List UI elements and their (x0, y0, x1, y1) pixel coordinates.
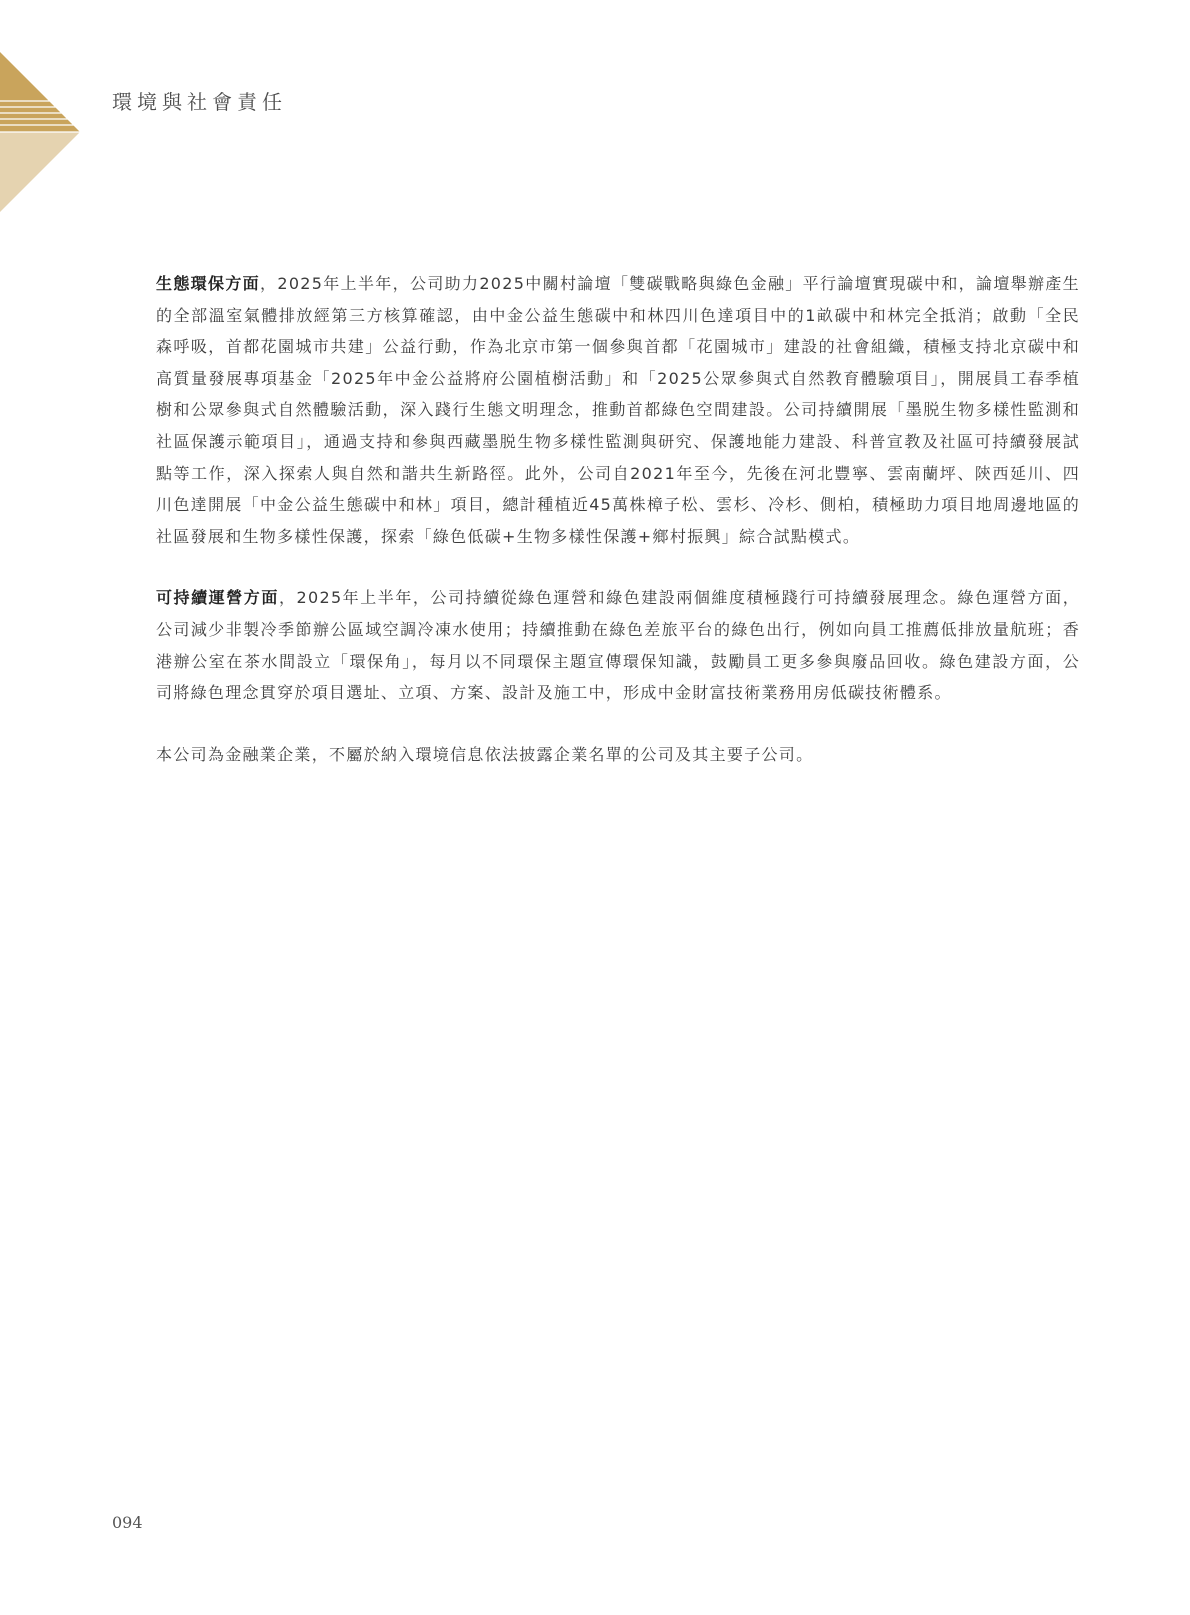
corner-triangle-decoration (0, 52, 80, 212)
paragraph-lead: 生態環保方面 (156, 274, 260, 293)
paragraph-ecology: 生態環保方面，2025年上半年，公司助力2025中關村論壇「雙碳戰略與綠色金融」… (156, 268, 1080, 552)
paragraph-lead: 可持續運營方面 (156, 588, 279, 607)
paragraph-disclosure-note: 本公司為金融業企業，不屬於納入環境信息依法披露企業名單的公司及其主要子公司。 (156, 739, 1080, 771)
paragraph-text: 本公司為金融業企業，不屬於納入環境信息依法披露企業名單的公司及其主要子公司。 (156, 745, 813, 764)
document-body: 生態環保方面，2025年上半年，公司助力2025中關村論壇「雙碳戰略與綠色金融」… (156, 268, 1080, 800)
page-number: 094 (112, 1513, 143, 1532)
paragraph-text: ，2025年上半年，公司助力2025中關村論壇「雙碳戰略與綠色金融」平行論壇實現… (156, 274, 1080, 546)
section-title: 環境與社會責任 (112, 86, 287, 115)
paragraph-text: ，2025年上半年，公司持續從綠色運營和綠色建設兩個維度積極踐行可持續發展理念。… (156, 588, 1080, 702)
paragraph-sustainable-operations: 可持續運營方面，2025年上半年，公司持續從綠色運營和綠色建設兩個維度積極踐行可… (156, 582, 1080, 708)
